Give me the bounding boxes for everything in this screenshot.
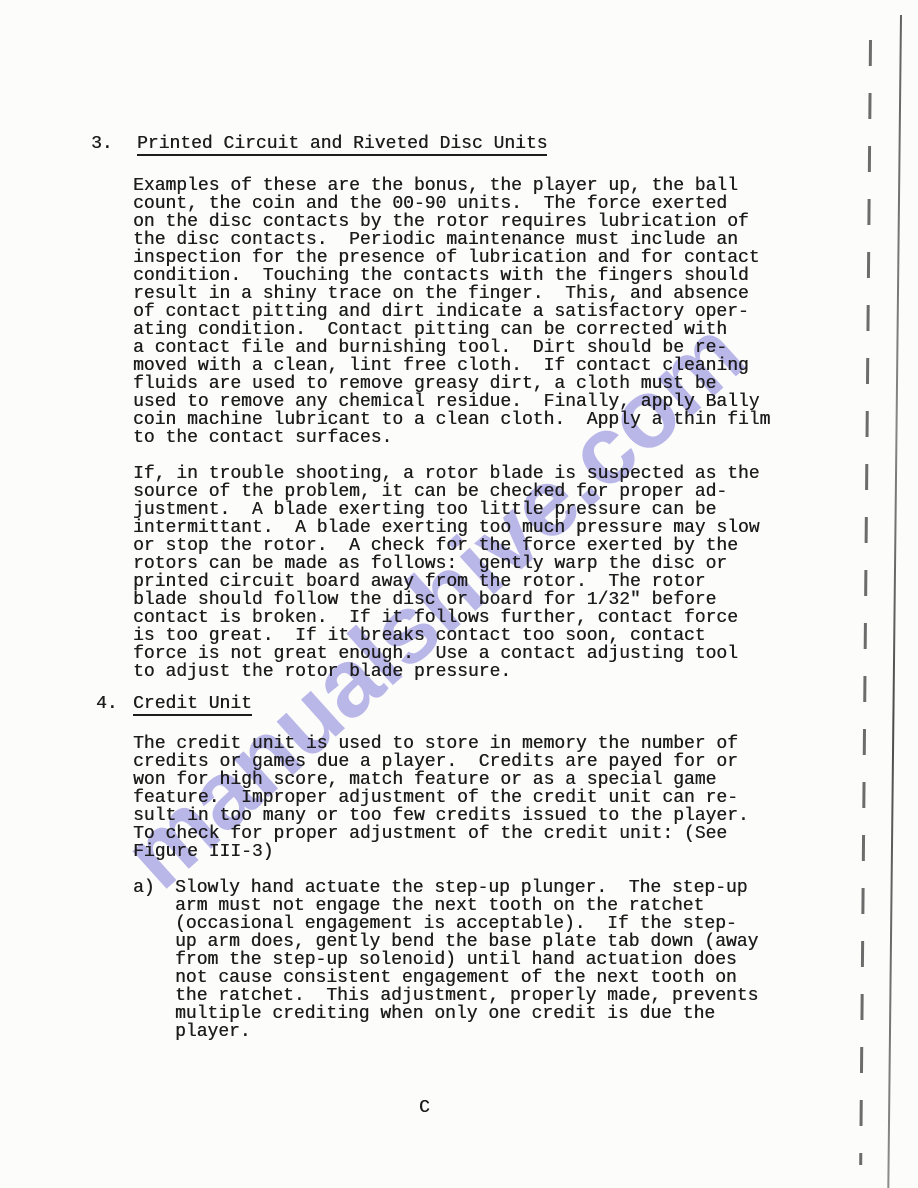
scanned-manual-page: manualshive.com 3. Printed Circuit and R… (0, 0, 918, 1188)
section-3-paragraph-2: If, in trouble shooting, a rotor blade i… (133, 465, 760, 681)
list-item-a-label: a) (133, 879, 155, 897)
section-4-number: 4. (96, 695, 118, 713)
section-4-title: Credit Unit (133, 695, 252, 716)
page-letter: C (419, 1099, 430, 1117)
section-3-number: 3. (91, 135, 113, 153)
list-item-a-text: Slowly hand actuate the step-up plunger.… (175, 879, 758, 1041)
section-4-paragraph-1: The credit unit is used to store in memo… (133, 735, 749, 861)
section-3-paragraph-1: Examples of these are the bonus, the pla… (133, 177, 770, 447)
section-3-title: Printed Circuit and Riveted Disc Units (137, 135, 547, 156)
page-content: 3. Printed Circuit and Riveted Disc Unit… (0, 0, 918, 1188)
